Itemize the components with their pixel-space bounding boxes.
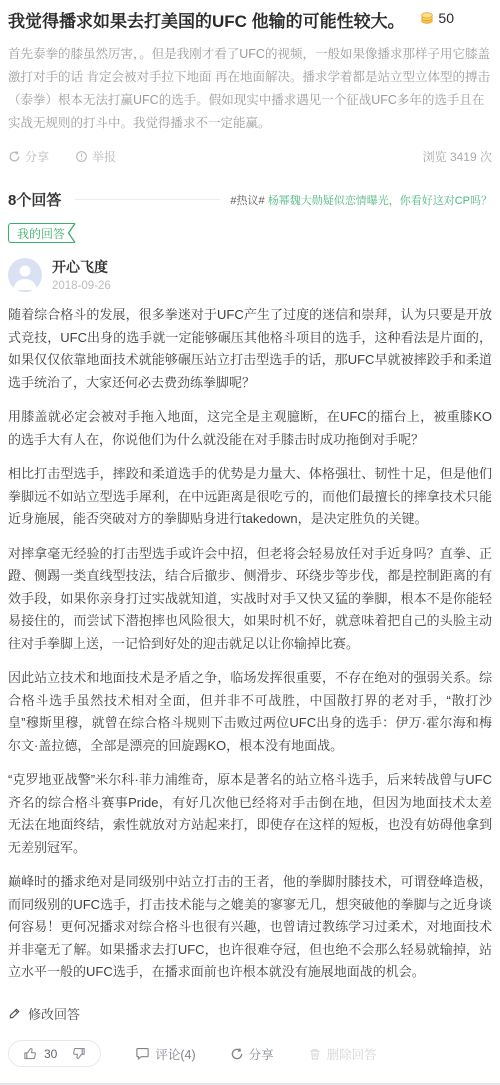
question-page: 我觉得播求如果去打美国的UFC 他输的可能性较大。 50 首先泰拳的膝虽然厉害，… (0, 0, 500, 1085)
question-section: 我觉得播求如果去打美国的UFC 他输的可能性较大。 50 首先泰拳的膝虽然厉害，… (8, 6, 492, 165)
thumb-up-icon (23, 1046, 38, 1061)
comment-button[interactable]: 评论(4) (135, 1045, 195, 1063)
question-actions: 分享 举报 浏览 3419 次 (8, 148, 492, 165)
answer-body: 随着综合格斗的发展，很多拳迷对于UFC产生了过度的迷信和崇拜，认为只要是开放式竞… (8, 304, 492, 984)
answer-paragraph: 相比打击型选手，摔跤和柔道选手的优势是力量大、体格强壮、韧性十足，但是他们拳脚远… (8, 463, 492, 531)
author-meta: 开心飞度 2018-09-26 (52, 257, 111, 292)
answer-paragraph: 巅峰时的播求绝对是同级别中站立打击的王者，他的拳脚肘膝技术，可谓登峰造极，而同级… (8, 871, 492, 984)
share-icon (230, 1047, 244, 1061)
report-icon (75, 150, 88, 163)
answers-header: 8个回答 #热议# 杨幂魏大勋疑似恋情曝光，你看好这对CP吗？ (8, 189, 492, 210)
question-description: 首先泰拳的膝虽然厉害，。但是我刚才看了UFC的视频，一般如果像播求那样子用它膝盖… (8, 43, 492, 135)
edit-answer-label: 修改回答 (28, 1004, 80, 1023)
pencil-icon (8, 1006, 22, 1020)
answer-date: 2018-09-26 (52, 280, 111, 292)
question-title: 我觉得播求如果去打美国的UFC 他输的可能性较大。 50 (8, 6, 492, 34)
answer-paragraph: 因此站立技术和地面技术是矛盾之争，临场发挥很重要，不存在绝对的强弱关系。综合格斗… (8, 667, 492, 757)
chevron-left-icon (67, 223, 76, 243)
hot-topic-link[interactable]: 杨幂魏大勋疑似恋情曝光，你看好这对CP吗？ (268, 195, 492, 207)
coin-icon (419, 10, 435, 26)
reward-amount: 50 (438, 6, 454, 30)
answer-card: 开心飞度 2018-09-26 随着综合格斗的发展，很多拳迷对于UFC产生了过度… (8, 257, 492, 1079)
report-label: 举报 (92, 148, 116, 165)
thumb-down-icon (71, 1046, 86, 1061)
header-divider (75, 199, 220, 200)
share-answer-button[interactable]: 分享 (230, 1045, 274, 1063)
delete-answer-button[interactable]: 删除回答 (308, 1045, 377, 1063)
view-count: 浏览 3419 次 (423, 148, 492, 165)
share-answer-label: 分享 (249, 1045, 274, 1063)
like-count: 30 (44, 1047, 57, 1061)
edit-answer-link[interactable]: 修改回答 (8, 1004, 80, 1023)
report-button[interactable]: 举报 (75, 148, 116, 165)
question-title-text: 我觉得播求如果去打美国的UFC 他输的可能性较大。 (8, 12, 405, 31)
comment-label: 评论(4) (155, 1045, 195, 1063)
hot-topic: #热议# 杨幂魏大勋疑似恋情曝光，你看好这对CP吗？ (230, 192, 492, 208)
answers-count: 8个回答 (8, 189, 61, 210)
reward-badge: 50 (419, 6, 454, 30)
dislike-button[interactable] (71, 1046, 86, 1061)
answer-paragraph: 用膝盖就必定会被对手拖入地面，这完全是主观臆断，在UFC的擂台上，被重膝KO的选… (8, 406, 492, 451)
answer-paragraph: 随着综合格斗的发展，很多拳迷对于UFC产生了过度的迷信和崇拜，认为只要是开放式竞… (8, 304, 492, 394)
share-icon (8, 150, 21, 163)
answer-paragraph: “克罗地亚战警”米尔科·菲力浦维奇，原本是著名的站立格斗选手，后来转战曾与UFC… (8, 769, 492, 859)
author-name[interactable]: 开心飞度 (52, 257, 111, 277)
answers-section: 8个回答 #热议# 杨幂魏大勋疑似恋情曝光，你看好这对CP吗？ 我的回答 (8, 189, 492, 1079)
my-answer-badge-label: 我的回答 (17, 225, 65, 242)
answer-footer: 30 (8, 1040, 492, 1079)
comment-icon (135, 1046, 150, 1061)
avatar[interactable] (8, 258, 42, 292)
vote-pill: 30 (8, 1040, 101, 1067)
my-answer-badge: 我的回答 (8, 223, 75, 243)
answer-paragraph: 对摔拿毫无经验的打击型选手或许会中招，但老将会轻易放任对手近身吗？直拳、正蹬、侧… (8, 543, 492, 656)
delete-answer-label: 删除回答 (327, 1045, 377, 1063)
like-button[interactable]: 30 (23, 1046, 57, 1061)
hot-topic-tag: #热议# (230, 195, 264, 207)
share-question-button[interactable]: 分享 (8, 148, 49, 165)
trash-icon (308, 1047, 322, 1061)
author-row: 开心飞度 2018-09-26 (8, 257, 492, 292)
share-question-label: 分享 (25, 148, 49, 165)
